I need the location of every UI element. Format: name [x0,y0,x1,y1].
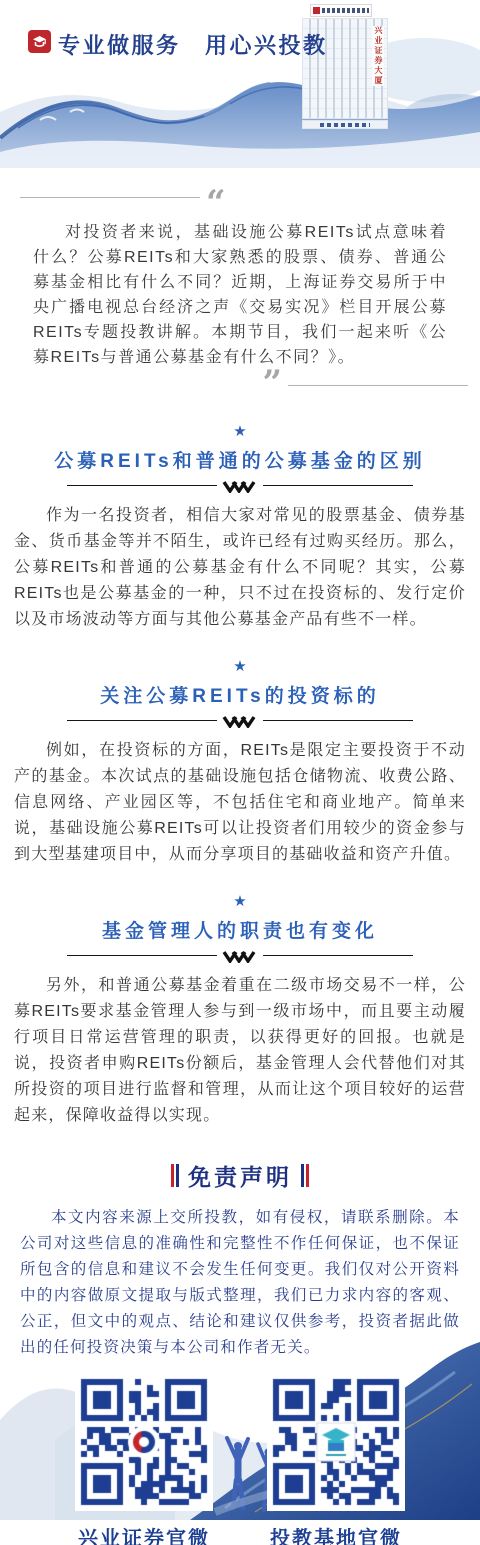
section-3-title: 基金管理人的职责也有变化 [0,916,480,943]
section-divider [67,720,413,721]
double-bar-icon [171,1164,179,1187]
header-slogan: 专业做服务 用心兴投教 [58,29,328,60]
chevron-divider-icon [217,950,263,963]
qr-label-edu: 投教基地官微 [267,1522,405,1545]
qr-code-row: 兴业证券官微 投教基地官微 [0,1373,480,1545]
intro-quote-text: 对投资者来说，基础设施公募REITs试点意味着什么？公募REITs和大家熟悉的股… [33,220,447,370]
quote-open-rule: “ [20,184,480,210]
disclaimer-header: 免责声明 [0,1159,480,1192]
qr-block-xysec: 兴业证券官微 [75,1373,213,1545]
qr-block-edu: 投教基地官微 [267,1373,405,1545]
section-2-body: 例如，在投资标的方面，REITs是限定主要投资于不动产的基金。本次试点的基础设施… [14,738,466,868]
qr-code-image-xysec [75,1373,213,1511]
section-3-header: ★ 基金管理人的职责也有变化 [0,894,480,956]
building-side-sign: 兴业证券大厦 [372,26,384,86]
building-top-sign [310,4,372,17]
qr-code-image-edu [267,1373,405,1511]
quote-open-icon: “ [200,193,232,213]
chevron-divider-icon [217,715,263,728]
section-2-header: ★ 关注公募REITs的投资标的 [0,659,480,721]
chevron-divider-icon [217,480,263,493]
quote-rule-line [20,197,200,198]
star-icon: ★ [0,894,480,909]
star-icon: ★ [0,424,480,439]
building-illustration: 兴业证券大厦 [302,4,388,134]
section-2-title: 关注公募REITs的投资标的 [0,681,480,708]
qr-label-xysec: 兴业证券官微 [75,1522,213,1545]
section-divider [67,955,413,956]
quote-close-rule: ” [0,372,468,398]
disclaimer-body: 本文内容来源上交所投教，如有侵权，请联系删除。本公司对这些信息的准确性和完整性不… [20,1205,460,1361]
quote-rule-line [288,385,468,386]
disclaimer-title-wrap: 免责声明 [171,1159,309,1192]
disclaimer-title: 免责声明 [188,1159,292,1192]
header-banner: 专业做服务 用心兴投教 兴业证券大厦 [0,0,480,168]
section-3-body: 另外，和普通公募基金着重在二级市场交易不一样，公募REITs要求基金管理人参与到… [14,973,466,1129]
graduation-cap-seal-icon [28,30,51,53]
section-divider [67,485,413,486]
watercolor-wave-art [0,0,480,168]
article-page: 专业做服务 用心兴投教 兴业证券大厦 “ 对投资者来说，基础设施公募REITs试… [0,0,480,1545]
building-base-sign [302,120,388,129]
quote-close-icon: ” [256,373,288,393]
section-1-header: ★ 公募REITs和普通的公募基金的区别 [0,424,480,486]
section-1-body: 作为一名投资者，相信大家对常见的股票基金、债券基金、货币基金等并不陌生，或许已经… [14,503,466,633]
section-1-title: 公募REITs和普通的公募基金的区别 [0,446,480,473]
double-bar-icon [301,1164,309,1187]
star-icon: ★ [0,659,480,674]
